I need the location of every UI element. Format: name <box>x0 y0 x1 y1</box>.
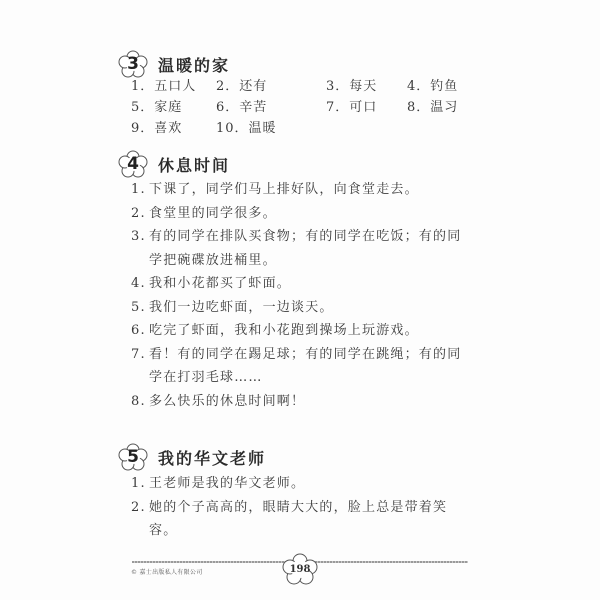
sentence-item: 4. 我和小花都买了虾面。 <box>131 272 476 296</box>
sentence-text: 看！有的同学在踢足球；有的同学在跳绳；有的同 <box>149 343 476 367</box>
sentence-index: 3. <box>131 225 149 249</box>
sentence-item: 1. 下课了，同学们马上排好队，向食堂走去。 <box>131 178 476 202</box>
sentence-list: 1. 下课了，同学们马上排好队，向食堂走去。 2. 食堂里的同学很多。 3. 有… <box>131 178 476 413</box>
sentence-indent <box>131 519 149 543</box>
vocab-row: 9．喜欢 10．温暖 <box>131 118 491 139</box>
vocab-item: 4．钓鱼 <box>407 76 458 97</box>
section-title: 休息时间 <box>158 153 230 176</box>
sentence-text: 食堂里的同学很多。 <box>149 202 476 226</box>
sentence-item: 8. 多么快乐的休息时间啊！ <box>131 390 476 414</box>
section-5-header: 5 我的华文老师 <box>118 443 266 471</box>
vocab-row: 1．五口人 2．还有 3．每天 4．钓鱼 <box>131 76 491 97</box>
sentence-text: 她的个子高高的，眼睛大大的，脸上总是带着笑 <box>149 496 476 520</box>
sentence-index: 8. <box>131 390 149 414</box>
sentence-indent <box>131 249 149 273</box>
vocab-item: 5．家庭 <box>131 97 182 118</box>
vocab-item: 10．温暖 <box>216 118 277 139</box>
section-number: 5 <box>118 443 148 471</box>
sentence-index: 7. <box>131 343 149 367</box>
sentence-continuation: 容。 <box>131 519 476 543</box>
sentence-indent <box>131 366 149 390</box>
vocab-item: 9．喜欢 <box>131 118 182 139</box>
section-3-header: 3 温暖的家 <box>118 50 230 78</box>
sentence-item: 2. 食堂里的同学很多。 <box>131 202 476 226</box>
sentence-text: 多么快乐的休息时间啊！ <box>149 390 476 414</box>
vocab-list: 1．五口人 2．还有 3．每天 4．钓鱼 5．家庭 6．辛苦 7．可口 8．温习… <box>131 76 491 139</box>
section-number: 4 <box>118 150 148 178</box>
sentence-index: 1. <box>131 472 149 496</box>
sentence-index: 5. <box>131 296 149 320</box>
sentence-continuation: 学在打羽毛球…… <box>131 366 476 390</box>
sentence-item: 7. 看！有的同学在踢足球；有的同学在跳绳；有的同 <box>131 343 476 367</box>
publisher-credit: © 嘉士出版私人有限公司 <box>131 567 203 576</box>
vocab-row: 5．家庭 6．辛苦 7．可口 8．温习 <box>131 97 491 118</box>
flower-badge-icon: 5 <box>118 443 148 471</box>
page-number-badge: 198 <box>282 553 318 585</box>
sentence-text: 学在打羽毛球…… <box>149 366 476 390</box>
sentence-text: 下课了，同学们马上排好队，向食堂走去。 <box>149 178 476 202</box>
flower-badge-icon: 4 <box>118 150 148 178</box>
vocab-item: 8．温习 <box>407 97 458 118</box>
sentence-text: 王老师是我的华文老师。 <box>149 472 476 496</box>
sentence-continuation: 学把碗碟放进桶里。 <box>131 249 476 273</box>
section-title: 我的华文老师 <box>158 446 266 469</box>
flower-badge-icon: 3 <box>118 50 148 78</box>
sentence-text: 容。 <box>149 519 476 543</box>
vocab-item: 7．可口 <box>326 97 377 118</box>
sentence-item: 3. 有的同学在排队买食物；有的同学在吃饭；有的同 <box>131 225 476 249</box>
sentence-index: 1. <box>131 178 149 202</box>
workbook-page: 3 温暖的家 1．五口人 2．还有 3．每天 4．钓鱼 5．家庭 6．辛苦 7．… <box>0 0 600 600</box>
sentence-item: 2. 她的个子高高的，眼睛大大的，脸上总是带着笑 <box>131 496 476 520</box>
page-number: 198 <box>282 553 318 585</box>
section-title: 温暖的家 <box>158 53 230 76</box>
sentence-text: 吃完了虾面，我和小花跑到操场上玩游戏。 <box>149 319 476 343</box>
sentence-text: 学把碗碟放进桶里。 <box>149 249 476 273</box>
section-number: 3 <box>118 50 148 78</box>
sentence-item: 1. 王老师是我的华文老师。 <box>131 472 476 496</box>
sentence-list: 1. 王老师是我的华文老师。 2. 她的个子高高的，眼睛大大的，脸上总是带着笑 … <box>131 472 476 543</box>
sentence-text: 我和小花都买了虾面。 <box>149 272 476 296</box>
vocab-item: 6．辛苦 <box>216 97 267 118</box>
vocab-item: 1．五口人 <box>131 76 196 97</box>
section-4-header: 4 休息时间 <box>118 150 230 178</box>
sentence-item: 5. 我们一边吃虾面，一边谈天。 <box>131 296 476 320</box>
sentence-index: 4. <box>131 272 149 296</box>
sentence-text: 我们一边吃虾面，一边谈天。 <box>149 296 476 320</box>
sentence-text: 有的同学在排队买食物；有的同学在吃饭；有的同 <box>149 225 476 249</box>
sentence-index: 6. <box>131 319 149 343</box>
vocab-item: 3．每天 <box>326 76 377 97</box>
sentence-index: 2. <box>131 496 149 520</box>
sentence-index: 2. <box>131 202 149 226</box>
sentence-item: 6. 吃完了虾面，我和小花跑到操场上玩游戏。 <box>131 319 476 343</box>
vocab-item: 2．还有 <box>216 76 267 97</box>
